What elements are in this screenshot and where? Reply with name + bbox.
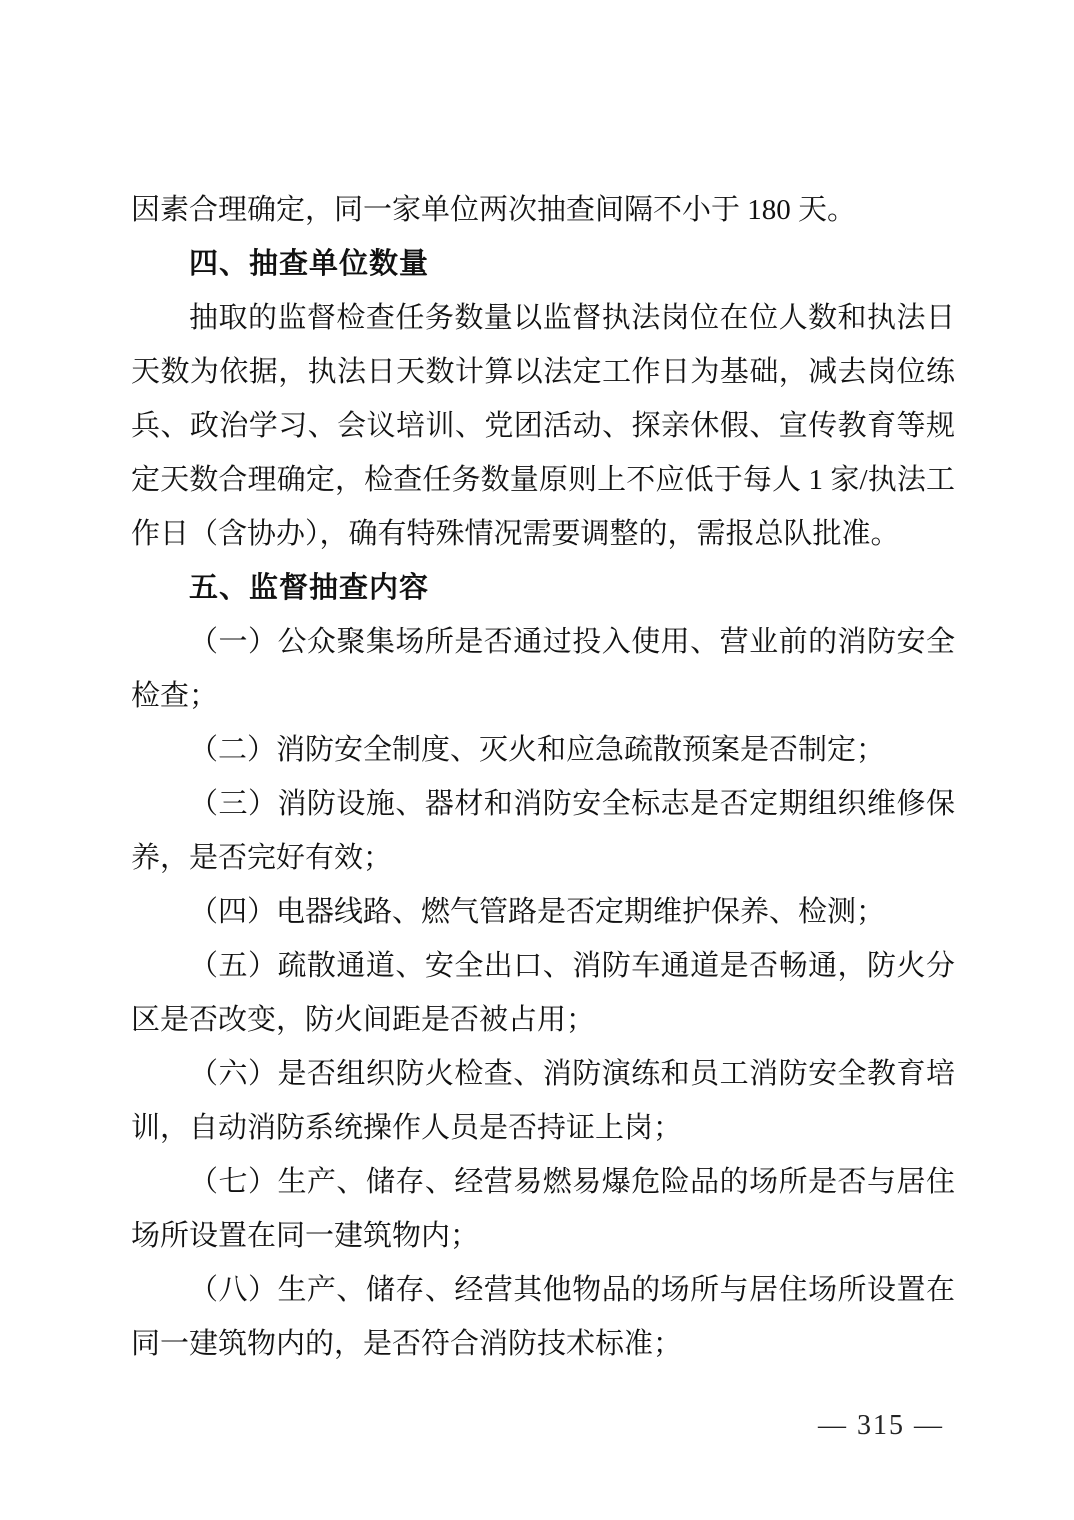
section-heading-4: 四、抽查单位数量 [131, 237, 955, 291]
document-body: 因素合理确定，同一家单位两次抽查间隔不小于 180 天。 四、抽查单位数量 抽取… [131, 183, 955, 1371]
page-number: — 315 — [818, 1404, 944, 1448]
document-page: 因素合理确定，同一家单位两次抽查间隔不小于 180 天。 四、抽查单位数量 抽取… [0, 0, 1074, 1520]
list-item-3: （三）消防设施、器材和消防安全标志是否定期组织维修保养，是否完好有效； [131, 777, 955, 885]
list-item-5: （五）疏散通道、安全出口、消防车通道是否畅通，防火分区是否改变，防火间距是否被占… [131, 939, 955, 1047]
paragraph-continuation: 因素合理确定，同一家单位两次抽查间隔不小于 180 天。 [131, 183, 955, 237]
list-item-1: （一）公众聚集场所是否通过投入使用、营业前的消防安全检查； [131, 615, 955, 723]
list-item-6: （六）是否组织防火检查、消防演练和员工消防安全教育培训，自动消防系统操作人员是否… [131, 1047, 955, 1155]
section-heading-5: 五、监督抽查内容 [131, 561, 955, 615]
paragraph-section-4-body: 抽取的监督检查任务数量以监督执法岗位在位人数和执法日天数为依据，执法日天数计算以… [131, 291, 955, 561]
list-item-8: （八）生产、储存、经营其他物品的场所与居住场所设置在同一建筑物内的，是否符合消防… [131, 1263, 955, 1371]
list-item-7: （七）生产、储存、经营易燃易爆危险品的场所是否与居住场所设置在同一建筑物内； [131, 1155, 955, 1263]
list-item-2: （二）消防安全制度、灭火和应急疏散预案是否制定； [131, 723, 955, 777]
list-item-4: （四）电器线路、燃气管路是否定期维护保养、检测； [131, 885, 955, 939]
